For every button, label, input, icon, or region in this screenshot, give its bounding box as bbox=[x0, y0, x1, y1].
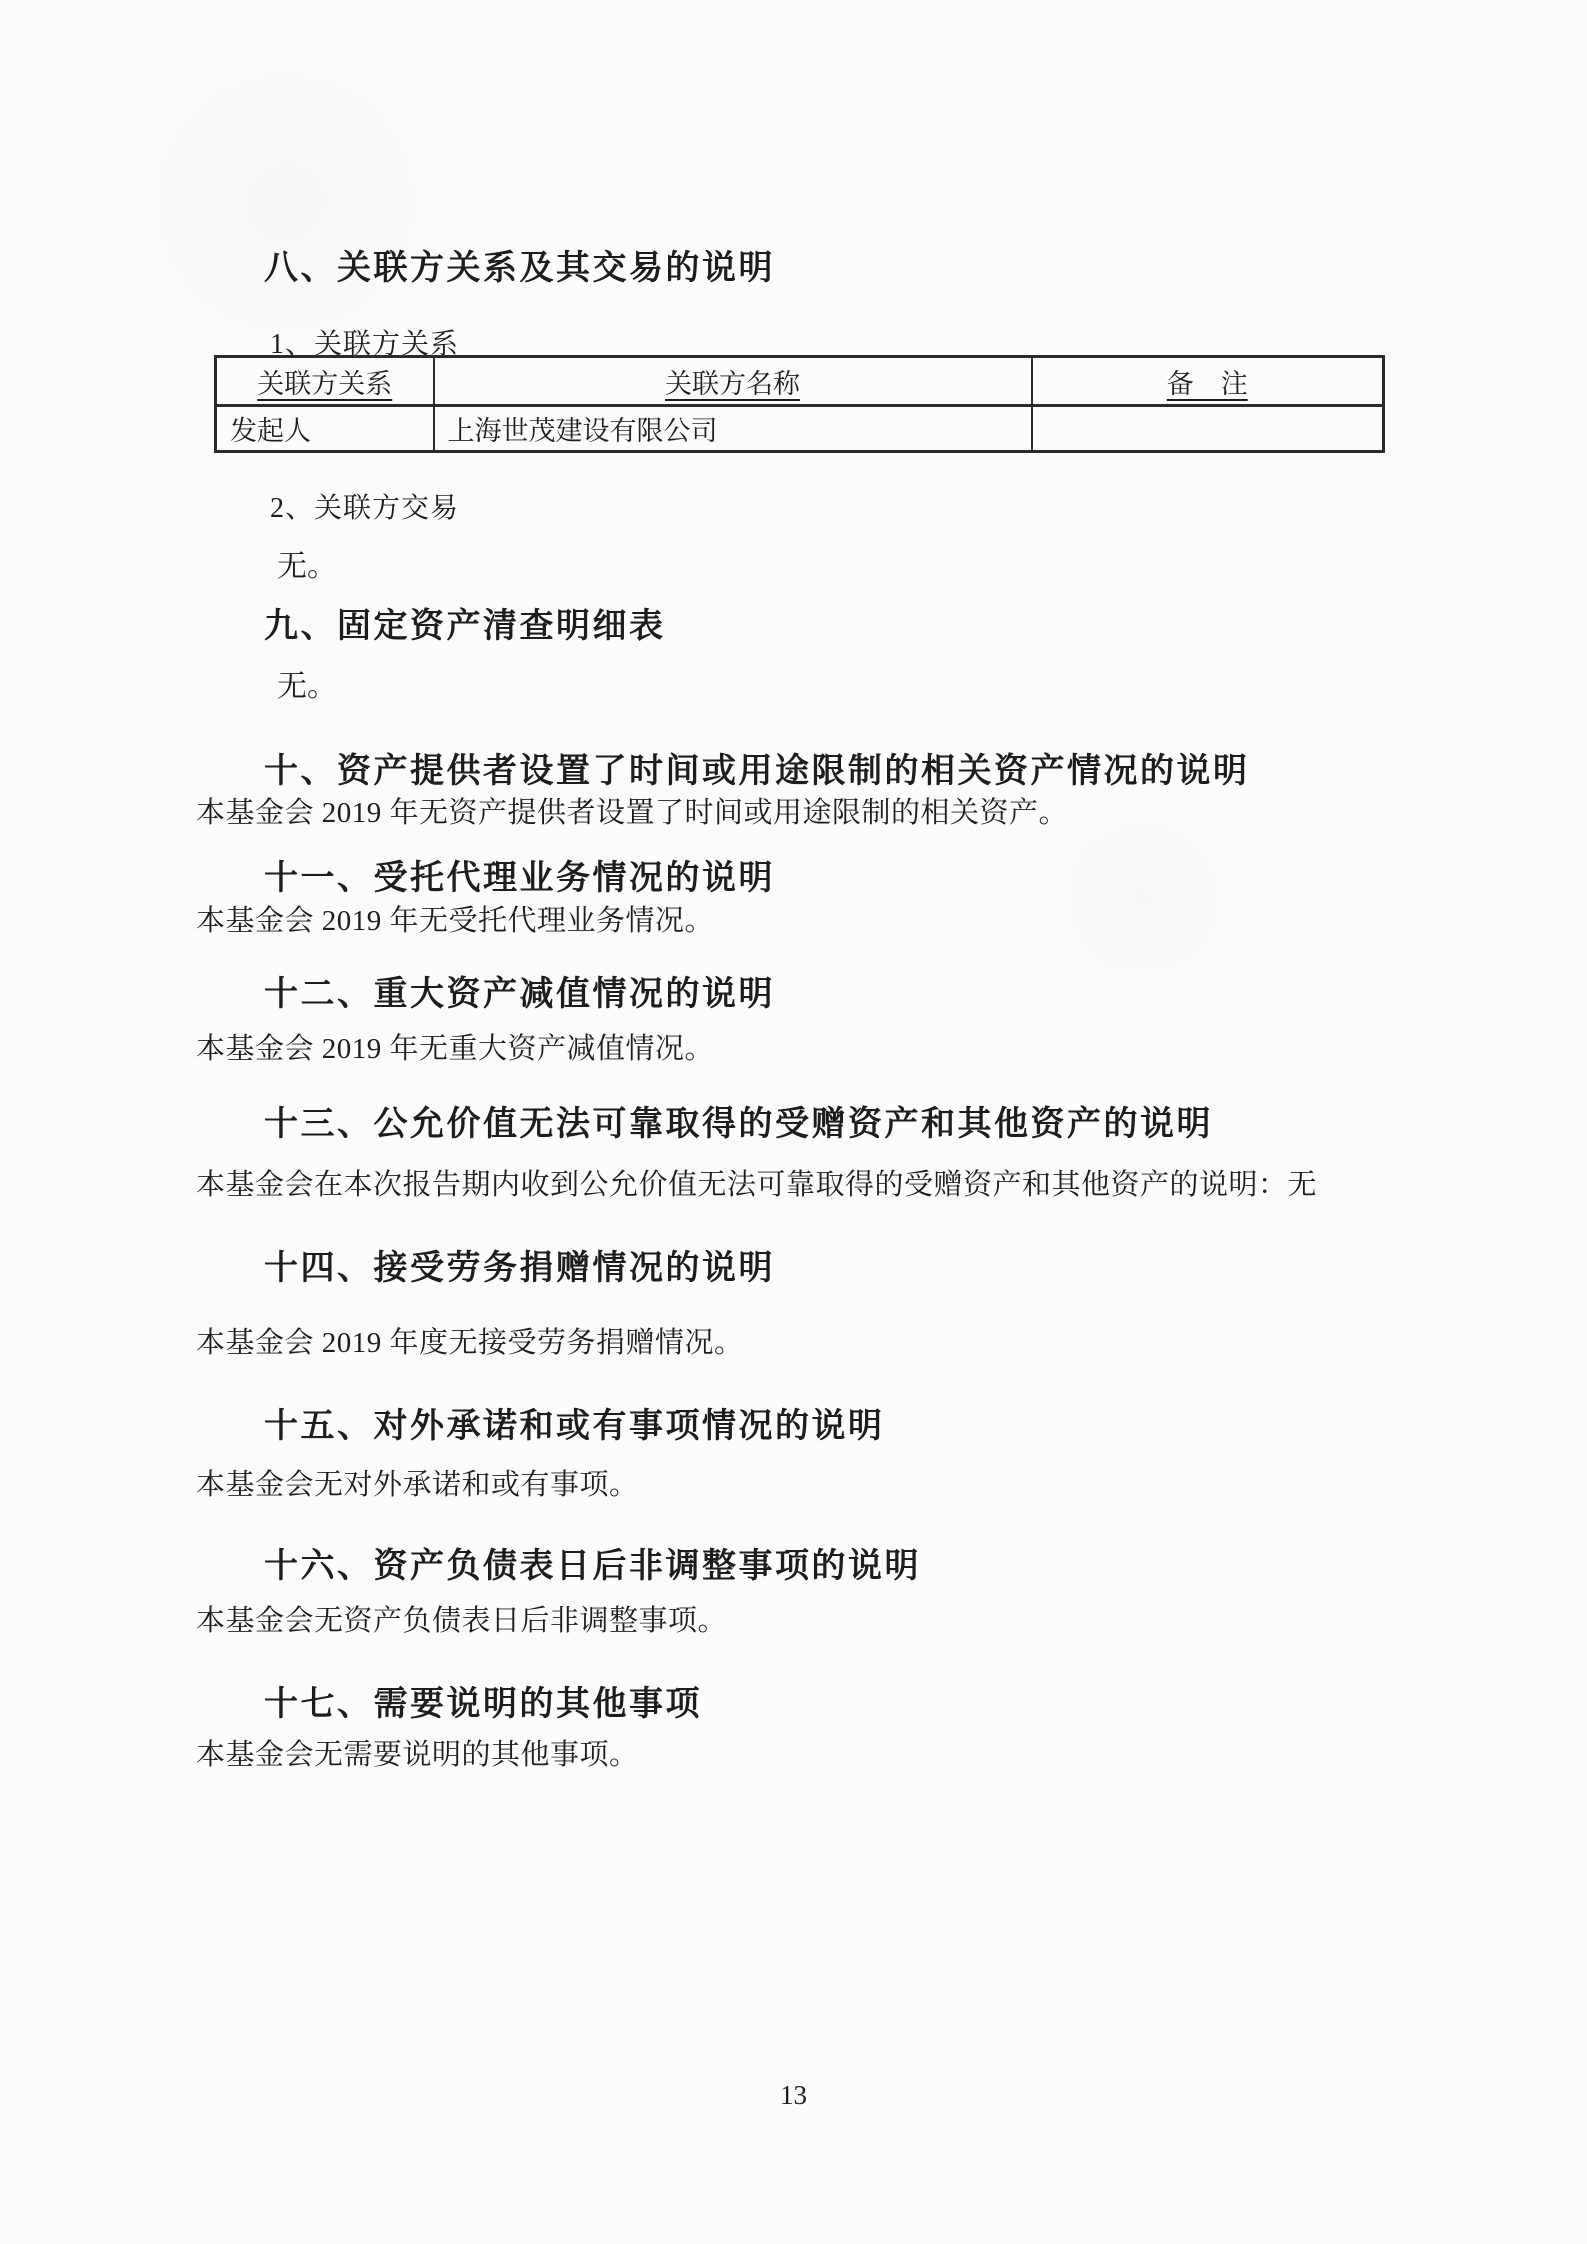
table-header-row: 关联方关系 关联方名称 备 注 bbox=[216, 357, 1384, 406]
section-13-heading: 十三、公允价值无法可靠取得的受赠资产和其他资产的说明 bbox=[264, 1096, 1213, 1145]
relation-column-header: 关联方关系 bbox=[216, 357, 434, 406]
section-14-body: 本基金会 2019 年度无接受劳务捐赠情况。 bbox=[196, 1320, 744, 1361]
section-10-heading: 十、资产提供者设置了时间或用途限制的相关资产情况的说明 bbox=[264, 743, 1250, 792]
section-11-body: 本基金会 2019 年无受托代理业务情况。 bbox=[196, 898, 714, 939]
section-8-subitem-2-body: 无。 bbox=[277, 541, 337, 585]
section-8-heading: 八、关联方关系及其交易的说明 bbox=[264, 240, 775, 289]
name-column-header-label: 关联方名称 bbox=[665, 369, 800, 399]
document-page: 八、关联方关系及其交易的说明 1、关联方关系 关联方关系 关联方名称 备 注 发… bbox=[0, 0, 1587, 2244]
section-15-body: 本基金会无对外承诺和或有事项。 bbox=[196, 1462, 639, 1503]
section-17-heading: 十七、需要说明的其他事项 bbox=[264, 1676, 702, 1725]
related-party-table: 关联方关系 关联方名称 备 注 发起人 上海世茂建设有限公司 bbox=[214, 355, 1385, 453]
section-14-heading: 十四、接受劳务捐赠情况的说明 bbox=[264, 1240, 775, 1289]
section-12-heading: 十二、重大资产减值情况的说明 bbox=[264, 966, 775, 1015]
section-9-body: 无。 bbox=[277, 661, 337, 705]
section-8-subitem-2: 2、关联方交易 bbox=[270, 486, 459, 526]
relation-cell: 发起人 bbox=[216, 406, 434, 452]
section-15-heading: 十五、对外承诺和或有事项情况的说明 bbox=[264, 1398, 885, 1447]
section-16-heading: 十六、资产负债表日后非调整事项的说明 bbox=[264, 1538, 921, 1587]
page-number: 13 bbox=[0, 2080, 1587, 2111]
section-17-body: 本基金会无需要说明的其他事项。 bbox=[196, 1732, 639, 1773]
section-12-body: 本基金会 2019 年无重大资产减值情况。 bbox=[196, 1026, 714, 1067]
section-16-body: 本基金会无资产负债表日后非调整事项。 bbox=[196, 1598, 727, 1639]
relation-column-header-label: 关联方关系 bbox=[257, 369, 392, 399]
remarks-column-header-label: 备 注 bbox=[1167, 369, 1248, 399]
remarks-cell bbox=[1032, 406, 1384, 452]
table-row: 发起人 上海世茂建设有限公司 bbox=[216, 406, 1384, 452]
section-9-heading: 九、固定资产清查明细表 bbox=[264, 598, 666, 647]
section-11-heading: 十一、受托代理业务情况的说明 bbox=[264, 850, 775, 899]
remarks-column-header: 备 注 bbox=[1032, 357, 1384, 406]
section-10-body: 本基金会 2019 年无资产提供者设置了时间或用途限制的相关资产。 bbox=[196, 790, 1068, 831]
name-cell: 上海世茂建设有限公司 bbox=[434, 406, 1032, 452]
name-column-header: 关联方名称 bbox=[434, 357, 1032, 406]
section-13-body: 本基金会在本次报告期内收到公允价值无法可靠取得的受赠资产和其他资产的说明：无 bbox=[196, 1162, 1317, 1203]
